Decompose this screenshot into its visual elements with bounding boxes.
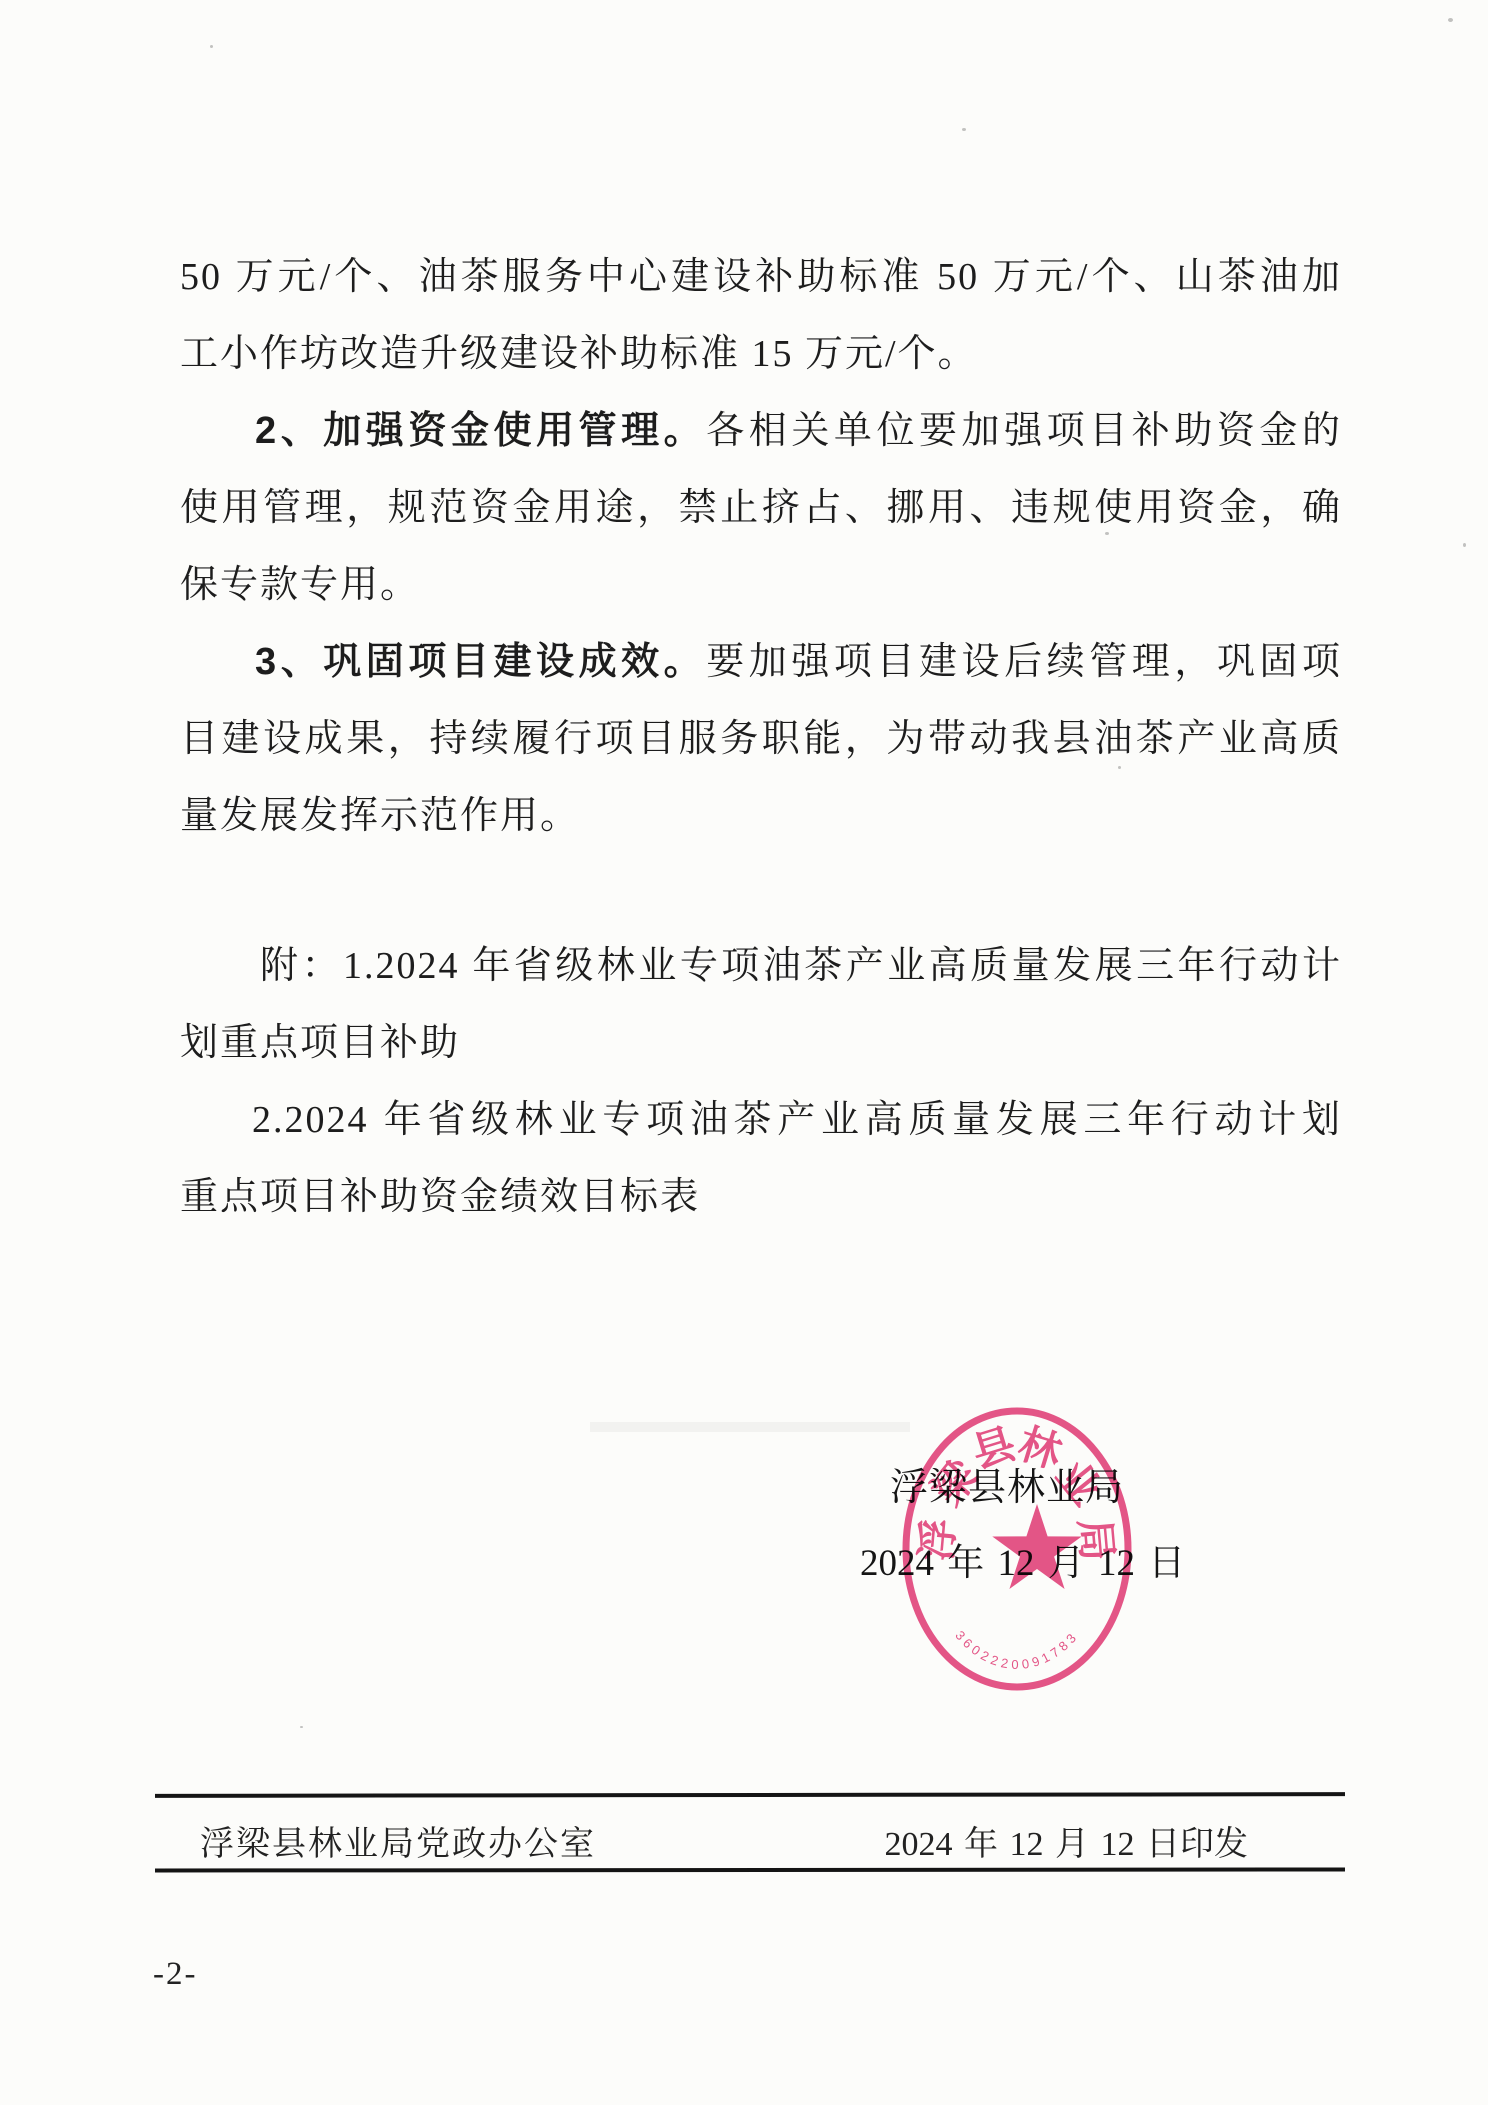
- blank-line: [180, 855, 1342, 928]
- text-line: 量发展发挥示范作用。: [180, 778, 1342, 855]
- paragraph-text: 各相关单位要加强项目补助资金的: [706, 410, 1342, 452]
- seal-code: 3602220091783: [952, 1628, 1081, 1672]
- attachment-line: 划重点项目补助: [180, 1005, 1342, 1082]
- attachment-line: 附：1.2024 年省级林业专项油茶产业高质量发展三年行动计: [180, 928, 1342, 1005]
- page-number: -2-: [153, 1956, 197, 1993]
- footer-print-date: 2024 年 12 月 12 日印发: [885, 1816, 1249, 1865]
- text-line: 目建设成果，持续履行项目服务职能，为带动我县油茶产业高质: [180, 701, 1342, 778]
- text-line: 50 万元/个、油茶服务中心建设补助标准 50 万元/个、山茶油加: [180, 239, 1342, 316]
- footer-bottom-rule: [155, 1867, 1345, 1872]
- text-line: 3、巩固项目建设成效。要加强项目建设后续管理，巩固项: [180, 624, 1342, 701]
- text-line: 使用管理，规范资金用途，禁止挤占、挪用、违规使用资金，确: [180, 470, 1342, 547]
- text-line: 工小作坊改造升级建设补助标准 15 万元/个。: [180, 316, 1342, 393]
- paragraph-heading: 2、加强资金使用管理。: [255, 410, 706, 452]
- seal-char: 浮: [914, 1517, 964, 1563]
- text-line: 保专款专用。: [180, 547, 1342, 624]
- seal-char: 林: [1013, 1421, 1068, 1479]
- scan-speck: [210, 45, 213, 48]
- document-body: 50 万元/个、油茶服务中心建设补助标准 50 万元/个、山茶油加 工小作坊改造…: [180, 239, 1342, 1236]
- paragraph-text: 要加强项目建设后续管理，巩固项: [706, 641, 1342, 683]
- text-line: 2、加强资金使用管理。各相关单位要加强项目补助资金的: [180, 393, 1342, 470]
- official-seal: 浮 梁 县 林 业 局 3602220091783: [902, 1407, 1132, 1691]
- footer-top-rule: [155, 1792, 1345, 1798]
- attachment-line: 重点项目补助资金绩效目标表: [180, 1159, 1342, 1236]
- scan-speck: [1463, 543, 1466, 547]
- scan-speck: [300, 1726, 303, 1728]
- scan-speck: [1118, 766, 1121, 769]
- paragraph-heading: 3、巩固项目建设成效。: [255, 641, 706, 683]
- scan-speck: [962, 128, 966, 131]
- scan-speck: [1105, 532, 1109, 535]
- seal-char: 县: [967, 1421, 1021, 1477]
- footer-issuer: 浮梁县林业局党政办公室: [200, 1816, 596, 1865]
- seal-star-icon: [992, 1504, 1081, 1589]
- seal-char: 局: [1070, 1517, 1119, 1563]
- scan-streak: [590, 1422, 910, 1432]
- scan-speck: [1448, 18, 1453, 22]
- scan-speck: [694, 1190, 697, 1193]
- attachment-line: 2.2024 年省级林业专项油茶产业高质量发展三年行动计划: [180, 1082, 1342, 1159]
- scanned-document-page: 50 万元/个、油茶服务中心建设补助标准 50 万元/个、山茶油加 工小作坊改造…: [0, 0, 1488, 2105]
